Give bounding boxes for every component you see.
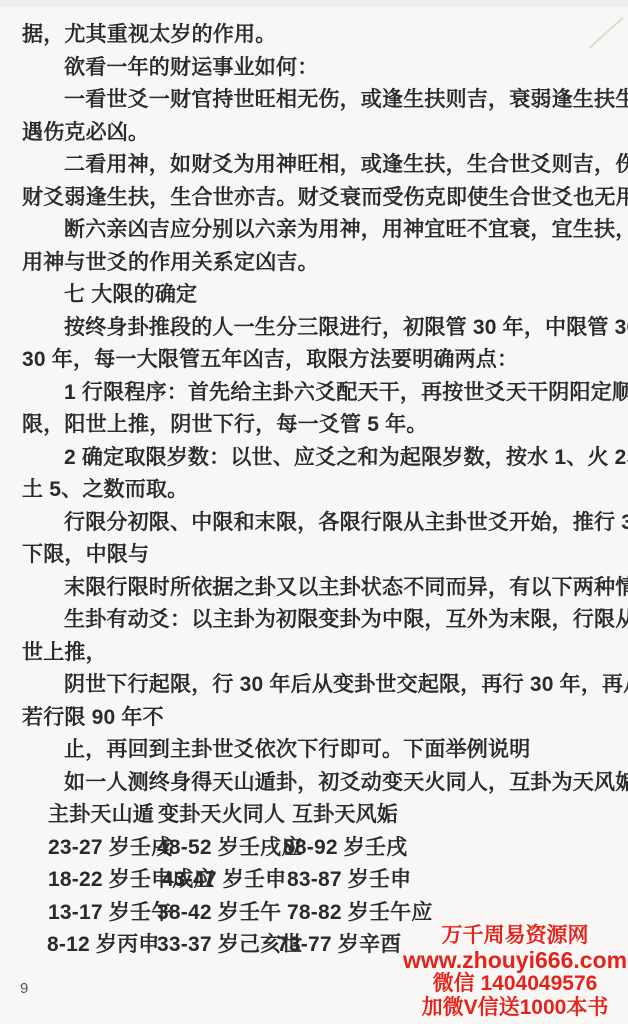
table-row: 23-27 岁壬戌 48-52 岁壬戌应 88-92 岁壬戌	[0, 832, 628, 865]
text-line: 30 年，每一大限管五年凶吉，取限方法要明确两点：	[0, 344, 628, 377]
page-number: 9	[20, 980, 28, 997]
text-line: 下限，中限与	[0, 539, 628, 572]
watermark-site-name: 万千周易资源网	[402, 924, 628, 948]
text-line: 如一人测终身得天山遁卦，初爻动变天火同人，互卦为天风姤	[0, 767, 628, 800]
text-line: 阴世下行起限，行 30 年后从变卦世交起限，再行 30 年，再从互卦起限，	[0, 669, 628, 702]
text-line: 按终身卦推段的人一生分三限进行，初限管 30 年，中限管 30 年，末限管	[0, 312, 628, 345]
table-cell: 83-87 岁壬申	[287, 864, 411, 897]
text-line: 限，阳世上推，阴世下行，每一爻管 5 年。	[0, 409, 628, 442]
text-line: 世上推，	[0, 637, 628, 670]
table-header-cell: 变卦天火同人	[158, 799, 285, 832]
text-line: 遇伤克必凶。	[0, 117, 628, 150]
table-cell: 88-92 岁壬戌	[283, 832, 407, 865]
text-line: 末限行限时所依据之卦又以主卦状态不同而异，有以下两种情况：	[0, 572, 628, 605]
document-body: 据，尤其重视太岁的作用。 欲看一年的财运事业如何： 一看世爻一财官持世旺相无伤，…	[0, 19, 628, 962]
text-line: 财爻弱逢生扶，生合世亦吉。财爻衰而受伤克即使生合世爻也无用，官运同理。	[0, 182, 628, 215]
watermark-promo-text: 加微V信送1000本书	[402, 996, 628, 1020]
table-cell: 43-47 岁壬申	[162, 864, 286, 897]
table-cell: 38-42 岁壬午	[157, 897, 281, 930]
text-line: 一看世爻一财官持世旺相无伤，或逢生扶则吉，衰弱逢生扶生合世爻亦吉，	[0, 84, 628, 117]
text-line: 2 确定取限岁数：以世、应爻之和为起限岁数，按水 1、火 2、木 3、金 4、	[0, 442, 628, 475]
watermark-wechat-id: 微信 1404049576	[402, 972, 628, 996]
table-cell: 73-77 岁辛酉	[277, 929, 401, 962]
table-cell: 13-17 岁壬午	[48, 897, 172, 930]
text-line: 用神与世爻的作用关系定凶吉。	[0, 247, 628, 280]
table-row: 18-22 岁壬申成应 43-47 岁壬申 83-87 岁壬申	[0, 864, 628, 897]
text-line: 行限分初限、中限和末限，各限行限从主卦世爻开始，推行 30 年而后转如	[0, 507, 628, 540]
watermark-url: www.zhouyi666.com	[402, 948, 628, 972]
text-line: 生卦有动爻：以主卦为初限变卦为中限，互外为末限，行限从主卦世爻按阳	[0, 604, 628, 637]
text-line: 1 行限程序：首先给主卦六爻配天干，再按世爻天干阴阳定顺逆，从世爻取	[0, 377, 628, 410]
table-header-cell: 互卦天风姤	[292, 799, 398, 832]
watermark-block: 万千周易资源网 www.zhouyi666.com 微信 1404049576 …	[402, 924, 628, 1020]
scanned-document-page: 据，尤其重视太岁的作用。 欲看一年的财运事业如何： 一看世爻一财官持世旺相无伤，…	[0, 0, 628, 1024]
table-header-cell: 主卦天山遁	[48, 799, 154, 832]
text-line: 若行限 90 年不	[0, 702, 628, 735]
text-line: 止，再回到主卦世爻依次下行即可。下面举例说明	[0, 734, 628, 767]
page-top-shadow	[0, 0, 628, 7]
text-line: 土 5、之数而取。	[0, 474, 628, 507]
text-line: 据，尤其重视太岁的作用。	[0, 19, 628, 52]
table-cell: 8-12 岁丙申	[47, 929, 159, 962]
text-line: 欲看一年的财运事业如何：	[0, 52, 628, 85]
text-line: 断六亲凶吉应分别以六亲为用神，用神宜旺不宜衰，宜生扶，忌伤克，看	[0, 214, 628, 247]
table-header-row: 主卦天山遁 变卦天火同人 互卦天风姤	[0, 799, 628, 832]
section-heading: 七 大限的确定	[0, 279, 628, 312]
table-cell: 48-52 岁壬戌应	[157, 832, 303, 865]
text-line: 二看用神，如财爻为用神旺相，或逢生扶，生合世爻则吉，伤克世爻不吉，	[0, 149, 628, 182]
table-cell: 23-27 岁壬戌	[48, 832, 172, 865]
